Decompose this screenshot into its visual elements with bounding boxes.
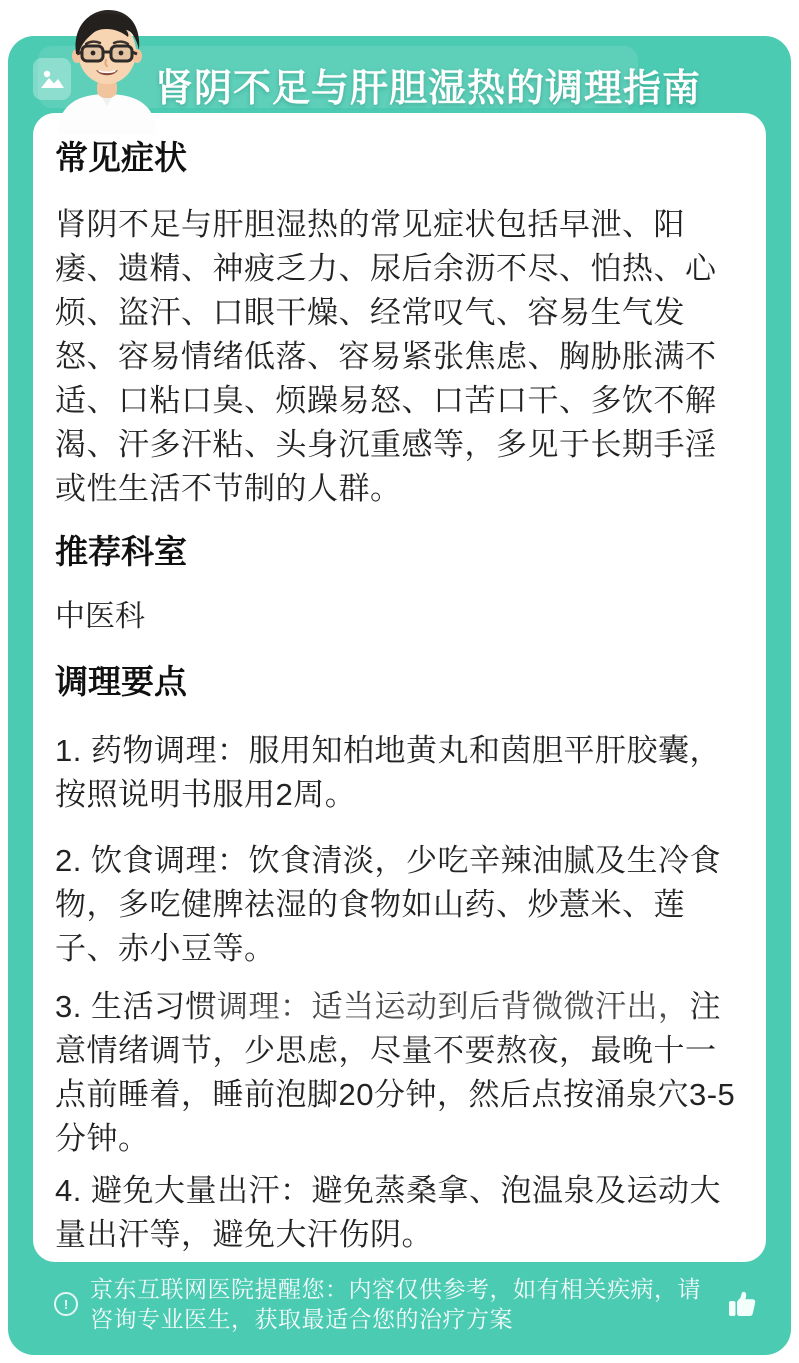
health-guide-page: 肾阴不足与肝胆湿热的调理指南 常见症状 肾阴不足与肝胆湿热的常见症状包括早泄、阳… (0, 0, 799, 1363)
disclaimer-text: 京东互联网医院提醒您：内容仅供参考，如有相关疾病，请咨询专业医生，获取最适合您的… (90, 1274, 708, 1334)
care-item-3: 3. 生活习惯调理：适当运动到后背微微汗出，注意情绪调节，少思虑，尽量不要熬夜，… (55, 985, 744, 1161)
thumbs-up-button[interactable] (723, 1284, 763, 1324)
disclaimer-footer: ! 京东互联网医院提醒您：内容仅供参考，如有相关疾病，请咨询专业医生，获取最适合… (8, 1261, 791, 1347)
doctor-avatar (48, 2, 166, 134)
guide-card: 肾阴不足与肝胆湿热的调理指南 常见症状 肾阴不足与肝胆湿热的常见症状包括早泄、阳… (8, 36, 791, 1355)
care-item-4: 4. 避免大量出汗：避免蒸桑拿、泡温泉及运动大量出汗等，避免大汗伤阴。 (55, 1169, 744, 1257)
thumbs-up-icon (726, 1287, 760, 1321)
care-item-1: 1. 药物调理：服用知柏地黄丸和茵胆平肝胶囊，按照说明书服用2周。 (55, 729, 744, 817)
section-heading-care-points: 调理要点 (55, 663, 744, 701)
warning-circle-icon: ! (54, 1292, 78, 1316)
symptoms-paragraph: 肾阴不足与肝胆湿热的常见症状包括早泄、阳痿、遗精、神疲乏力、尿后余沥不尽、怕热、… (55, 203, 744, 511)
care-item-2: 2. 饮食调理：饮食清淡，少吃辛辣油腻及生冷食物，多吃健脾祛湿的食物如山药、炒薏… (55, 839, 744, 971)
page-title: 肾阴不足与肝胆湿热的调理指南 (155, 57, 715, 112)
section-heading-symptoms: 常见症状 (55, 139, 744, 177)
department-value: 中医科 (55, 599, 744, 635)
section-heading-department: 推荐科室 (55, 533, 744, 571)
content-card: 常见症状 肾阴不足与肝胆湿热的常见症状包括早泄、阳痿、遗精、神疲乏力、尿后余沥不… (33, 113, 766, 1262)
